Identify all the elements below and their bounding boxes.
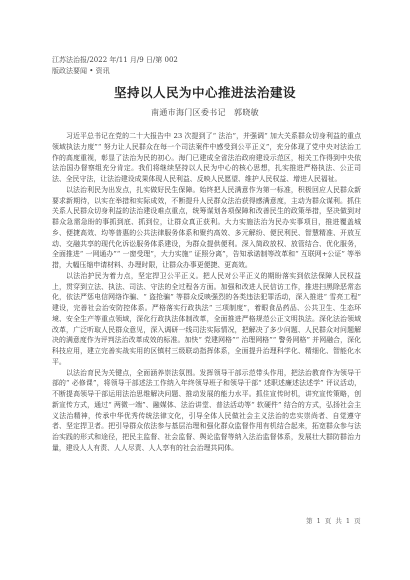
paragraph: 以法治护民为着力点，坚定捍卫公平正义。把人民对公平正义的期盼落实到依法保障人民权… xyxy=(52,271,361,368)
article-title: 坚持以人民为中心推进法治建设 xyxy=(0,83,410,101)
document-page: 江苏法治报/2022 年/11 月/9 日/第 002 版政法要闻 • 资讯 坚… xyxy=(0,0,410,580)
paragraph: 以法治利民为出发点，扎实做好民生保障。始终把人民满意作为第一标准，积极回应人民群… xyxy=(52,185,361,271)
section-line: 版政法要闻 • 资讯 xyxy=(52,66,178,77)
article-meta: 江苏法治报/2022 年/11 月/9 日/第 002 版政法要闻 • 资讯 xyxy=(52,55,178,77)
paragraph: 以法治育民为关键点，全面涵养崇法氛围。发挥领导干部示范带头作用，把法治教育作为领… xyxy=(52,368,361,454)
page-indicator: 第 1 页 共 1 页 xyxy=(306,516,362,525)
source-line: 江苏法治报/2022 年/11 月/9 日/第 002 xyxy=(52,55,178,66)
paragraph: 习近平总书记在党的二十大报告中 23 次提到了“ 法治”，并强调“ 加大关系群众… xyxy=(52,131,361,185)
article-byline: 南通市海门区委书记 郭晓敏 xyxy=(0,107,410,118)
article-body: 习近平总书记在党的二十大报告中 23 次提到了“ 法治”，并强调“ 加大关系群众… xyxy=(52,131,361,454)
